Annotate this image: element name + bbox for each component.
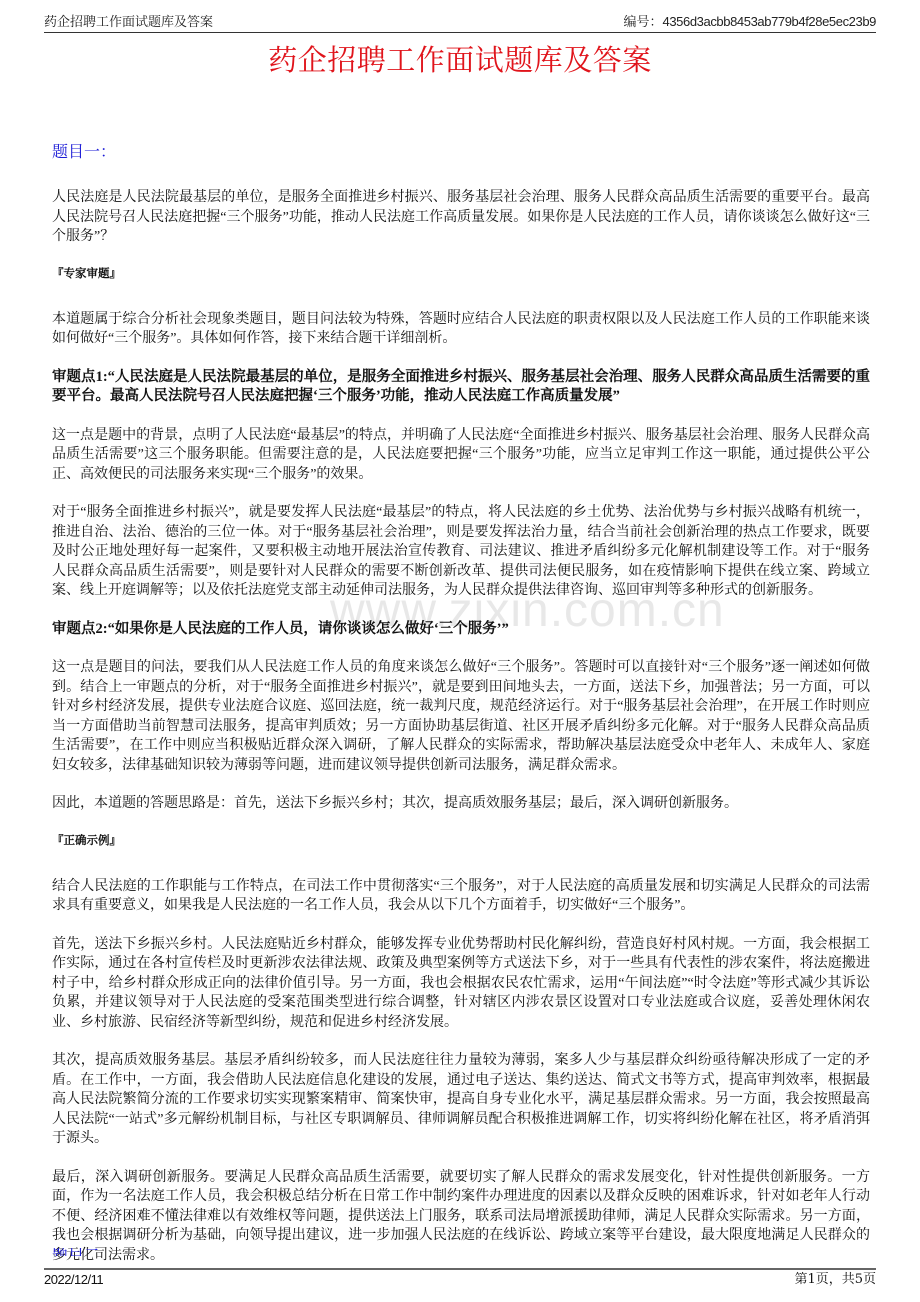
review-point-2: 审题点2:“如果你是人民法庭的工作人员，请你谈谈怎么做好‘三个服务’” <box>52 620 870 640</box>
footer-date: 2022/12/11 <box>44 1271 103 1289</box>
page-footer: 2022/12/11 第1页，共5页 <box>44 1268 876 1290</box>
example-paragraph-1: 首先，送法下乡振兴乡村。人民法庭贴近乡村群众，能够发挥专业优势帮助村民化解纠纷，… <box>52 935 870 1033</box>
header-serial: 编号：4356d3acbb8453ab779b4f28e5ec23b9 <box>624 13 877 32</box>
footer-page-number: 第1页，共5页 <box>794 1271 876 1289</box>
expert-review-tag: 『专家审题』 <box>52 266 870 282</box>
next-question-heading-text: 题目二 <box>52 1248 100 1256</box>
example-paragraph-3: 最后，深入调研创新服务。要满足人民群众高品质生活需要，就要切实了解人民群众的需求… <box>52 1168 870 1266</box>
review-point-1-paragraph-2: 对于“服务全面推进乡村振兴”，就是要发挥人民法庭“最基层”的特点，将人民法庭的乡… <box>52 503 870 601</box>
document-body: 题目一： 人民法庭是人民法院最基层的单位，是服务全面推进乡村振兴、服务基层社会治… <box>52 140 870 1284</box>
document-title: 药企招聘工作面试题库及答案 <box>0 41 920 81</box>
question-heading: 题目一： <box>52 140 870 166</box>
header-doc-name: 药企招聘工作面试题库及答案 <box>44 13 213 31</box>
example-intro: 结合人民法庭的工作职能与工作特点，在司法工作中贯彻落实“三个服务”，对于人民法庭… <box>52 877 870 916</box>
next-question-heading-clipped: 题目二 <box>52 1248 100 1256</box>
review-point-2-paragraph: 这一点是题目的问法，要我们从人民法庭工作人员的角度来谈怎么做好“三个服务”。答题… <box>52 658 870 775</box>
review-point-1: 审题点1:“人民法庭是人民法院最基层的单位，是服务全面推进乡村振兴、服务基层社会… <box>52 368 870 407</box>
answer-approach-summary: 因此，本道题的答题思路是：首先，送法下乡振兴乡村；其次，提高质效服务基层；最后，… <box>52 794 870 814</box>
expert-intro: 本道题属于综合分析社会现象类题目，题目问法较为特殊，答题时应结合人民法庭的职责权… <box>52 310 870 349</box>
page-header: 药企招聘工作面试题库及答案 编号：4356d3acbb8453ab779b4f2… <box>44 12 876 33</box>
question-prompt: 人民法庭是人民法院最基层的单位，是服务全面推进乡村振兴、服务基层社会治理、服务人… <box>52 188 870 247</box>
serial-value: 4356d3acbb8453ab779b4f28e5ec23b9 <box>663 14 876 29</box>
serial-label: 编号： <box>624 15 663 30</box>
correct-example-tag: 『正确示例』 <box>52 833 870 849</box>
example-paragraph-2: 其次，提高质效服务基层。基层矛盾纠纷较多，而人民法庭往往力量较为薄弱，案多人少与… <box>52 1051 870 1149</box>
review-point-1-paragraph-1: 这一点是题中的背景，点明了人民法庭“最基层”的特点，并明确了人民法庭“全面推进乡… <box>52 426 870 485</box>
